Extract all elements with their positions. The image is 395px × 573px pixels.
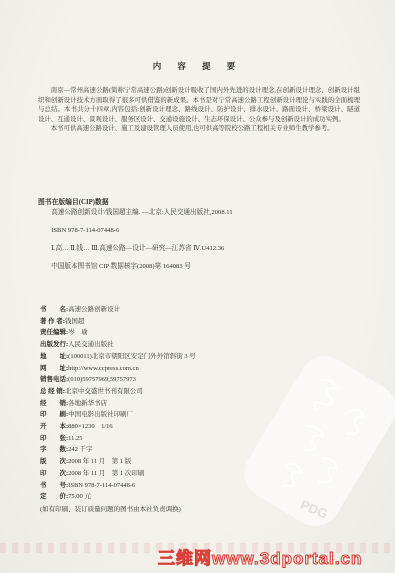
field-label: 出版发行:	[40, 339, 68, 351]
field-label: 销售电话:	[40, 374, 68, 386]
field-label: 地 址:	[40, 351, 68, 363]
colophon-row-publisher: 出版发行:人民交通出版社	[40, 339, 340, 351]
cip-isbn: ISBN 978-7-114-07448-6	[38, 226, 338, 236]
field-value: 2008 年 11 月 第 1 版	[68, 458, 131, 465]
field-value: 2008 年 11 月 第 1 次印刷	[68, 470, 144, 477]
field-value: 242 千字	[68, 446, 92, 453]
field-label: 印 刷:	[40, 409, 68, 421]
field-label: 印 张:	[40, 433, 68, 445]
field-value: 880×1230 1/16	[68, 423, 112, 430]
summary-heading: 内 容 提 要	[0, 60, 395, 72]
field-label: 总 经 销:	[40, 386, 65, 398]
colophon-row-printer: 印 刷:中国电影出版社印刷厂	[40, 409, 340, 421]
field-value: 高速公路创新设计	[68, 306, 120, 313]
summary-body: 南京—常州高速公路(简称宁常高速公路)创新设计吸收了国内外先进的设计理念,在创新…	[38, 86, 360, 134]
colophon-row-website: 网 址:http://www.ccpress.com.cn	[40, 363, 340, 375]
field-label: 印 次:	[40, 468, 68, 480]
field-value: 钱国超	[65, 318, 85, 325]
field-value: 75.00 元	[68, 493, 91, 500]
colophon-row-address: 地 址:(100011)北京市朝阳区安定门外外馆斜街 3 号	[40, 351, 340, 363]
field-value: 人民交通出版社	[68, 341, 114, 348]
field-label: 字 数:	[40, 444, 68, 456]
field-label: 著 作 者:	[40, 316, 65, 328]
colophon: 书 名:高速公路创新设计 著 作 者:钱国超 责任编辑:岑 瑜 出版发行:人民交…	[40, 304, 340, 516]
field-value: 岑 瑜	[68, 329, 88, 336]
colophon-row-retail: 经 销:各地新华书店	[40, 398, 340, 410]
colophon-row-printing: 印 次:2008 年 11 月 第 1 次印刷	[40, 468, 340, 480]
cip-entry: 高速公路创新设计/钱国超主编. —北京:人民交通出版社,2008.11	[38, 208, 338, 218]
field-value: ISBN 978-7-114-07448-6	[68, 482, 135, 489]
field-label: 书 名:	[40, 304, 68, 316]
colophon-row-distributor: 总 经 销:北京中交盛世书刊有限公司	[40, 386, 340, 398]
colophon-row-wordcount: 字 数:242 千字	[40, 444, 340, 456]
field-label: 版 次:	[40, 456, 68, 468]
colophon-row-edition: 版 次:2008 年 11 月 第 1 版	[40, 456, 340, 468]
colophon-row-sheets: 印 张:11.25	[40, 433, 340, 445]
colophon-row-price: 定 价:75.00 元	[40, 491, 340, 503]
cip-heading: 图书在版编目(CIP)数据	[38, 198, 338, 208]
colophon-row-editor: 责任编辑:岑 瑜	[40, 327, 340, 339]
colophon-row-title: 书 名:高速公路创新设计	[40, 304, 340, 316]
field-label: 开 本:	[40, 421, 68, 433]
colophon-row-author: 著 作 者:钱国超	[40, 316, 340, 328]
quality-note: (如有印刷、装订质量问题的图书由本社负责调换)	[40, 504, 340, 516]
field-value: 11.25	[68, 435, 82, 442]
field-value: (100011)北京市朝阳区安定门外外馆斜街 3 号	[68, 353, 196, 360]
cip-block: 图书在版编目(CIP)数据 高速公路创新设计/钱国超主编. —北京:人民交通出版…	[38, 198, 338, 272]
colophon-row-sales-phone: 销售电话:(010)59757969,59757973	[40, 374, 340, 386]
cip-record-number: 中国版本图书馆 CIP 数据核字(2008)第 164083 号	[38, 262, 338, 272]
summary-paragraph: 南京—常州高速公路(简称宁常高速公路)创新设计吸收了国内外先进的设计理念,在创新…	[38, 86, 360, 124]
field-label: 经 销:	[40, 398, 68, 410]
summary-paragraph: 本书可供高速公路设计、施工及建设管理人员使用,也可供高等院校公路工程相关专业师生…	[38, 124, 360, 134]
field-value: http://www.ccpress.com.cn	[68, 365, 139, 372]
field-label: 定 价:	[40, 491, 68, 503]
colophon-row-isbn: 书 号:ISBN 978-7-114-07448-6	[40, 480, 340, 492]
field-value: (010)59757969,59757973	[68, 376, 136, 383]
colophon-row-format: 开 本:880×1230 1/16	[40, 421, 340, 433]
field-label: 书 号:	[40, 480, 68, 492]
cip-classification: Ⅰ.高… Ⅱ.钱… Ⅲ.高速公路—设计—研究—江苏省 Ⅳ.U412.36	[38, 244, 338, 254]
site-watermark: 三维网www.3dportal.cn	[158, 544, 362, 569]
field-value: 北京中交盛世书刊有限公司	[65, 388, 143, 395]
field-label: 责任编辑:	[40, 327, 68, 339]
field-value: 中国电影出版社印刷厂	[68, 411, 133, 418]
book-copyright-page: 内 容 提 要 南京—常州高速公路(简称宁常高速公路)创新设计吸收了国内外先进的…	[0, 0, 395, 573]
field-value: 各地新华书店	[68, 400, 107, 407]
field-label: 网 址:	[40, 363, 68, 375]
